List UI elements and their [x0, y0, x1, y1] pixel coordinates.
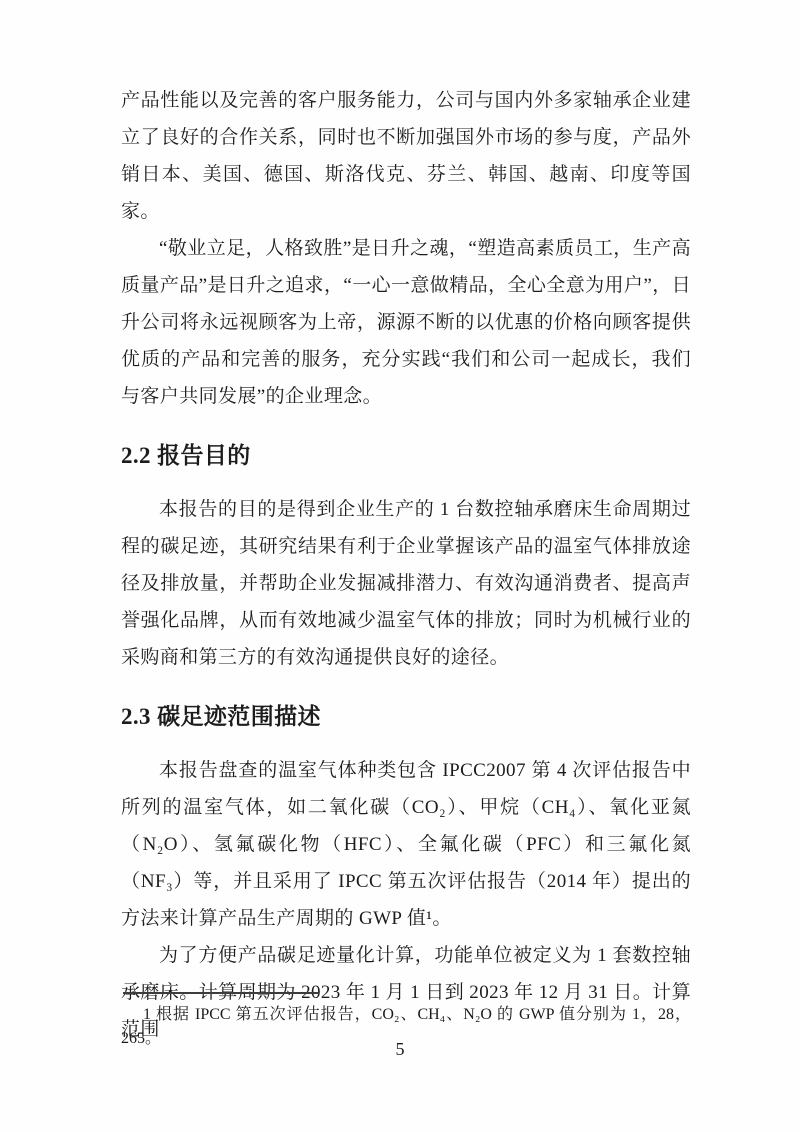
page-content: 产品性能以及完善的客户服务能力，公司与国内外多家轴承企业建立了良好的合作关系，同… [121, 82, 691, 1048]
section-heading-carbon-footprint-scope: 2.3 碳足迹范围描述 [121, 698, 691, 736]
paragraph-ghg-types: 本报告盘查的温室气体种类包含 IPCC2007 第 4 次评估报告中所列的温室气… [121, 752, 691, 937]
footnote-separator [123, 992, 319, 994]
page-number: 5 [0, 1036, 800, 1062]
section-heading-report-purpose: 2.2 报告目的 [121, 437, 691, 475]
paragraph-company-intro: 产品性能以及完善的客户服务能力，公司与国内外多家轴承企业建立了良好的合作关系，同… [121, 82, 691, 230]
paragraph-report-purpose: 本报告的目的是得到企业生产的 1 台数控轴承磨床生命周期过程的碳足迹，其研究结果… [121, 491, 691, 676]
document-page: 产品性能以及完善的客户服务能力，公司与国内外多家轴承企业建立了良好的合作关系，同… [0, 0, 800, 1132]
paragraph-company-philosophy: “敬业立足，人格致胜”是日升之魂，“塑造高素质员工，生产高质量产品”是日升之追求… [121, 230, 691, 415]
